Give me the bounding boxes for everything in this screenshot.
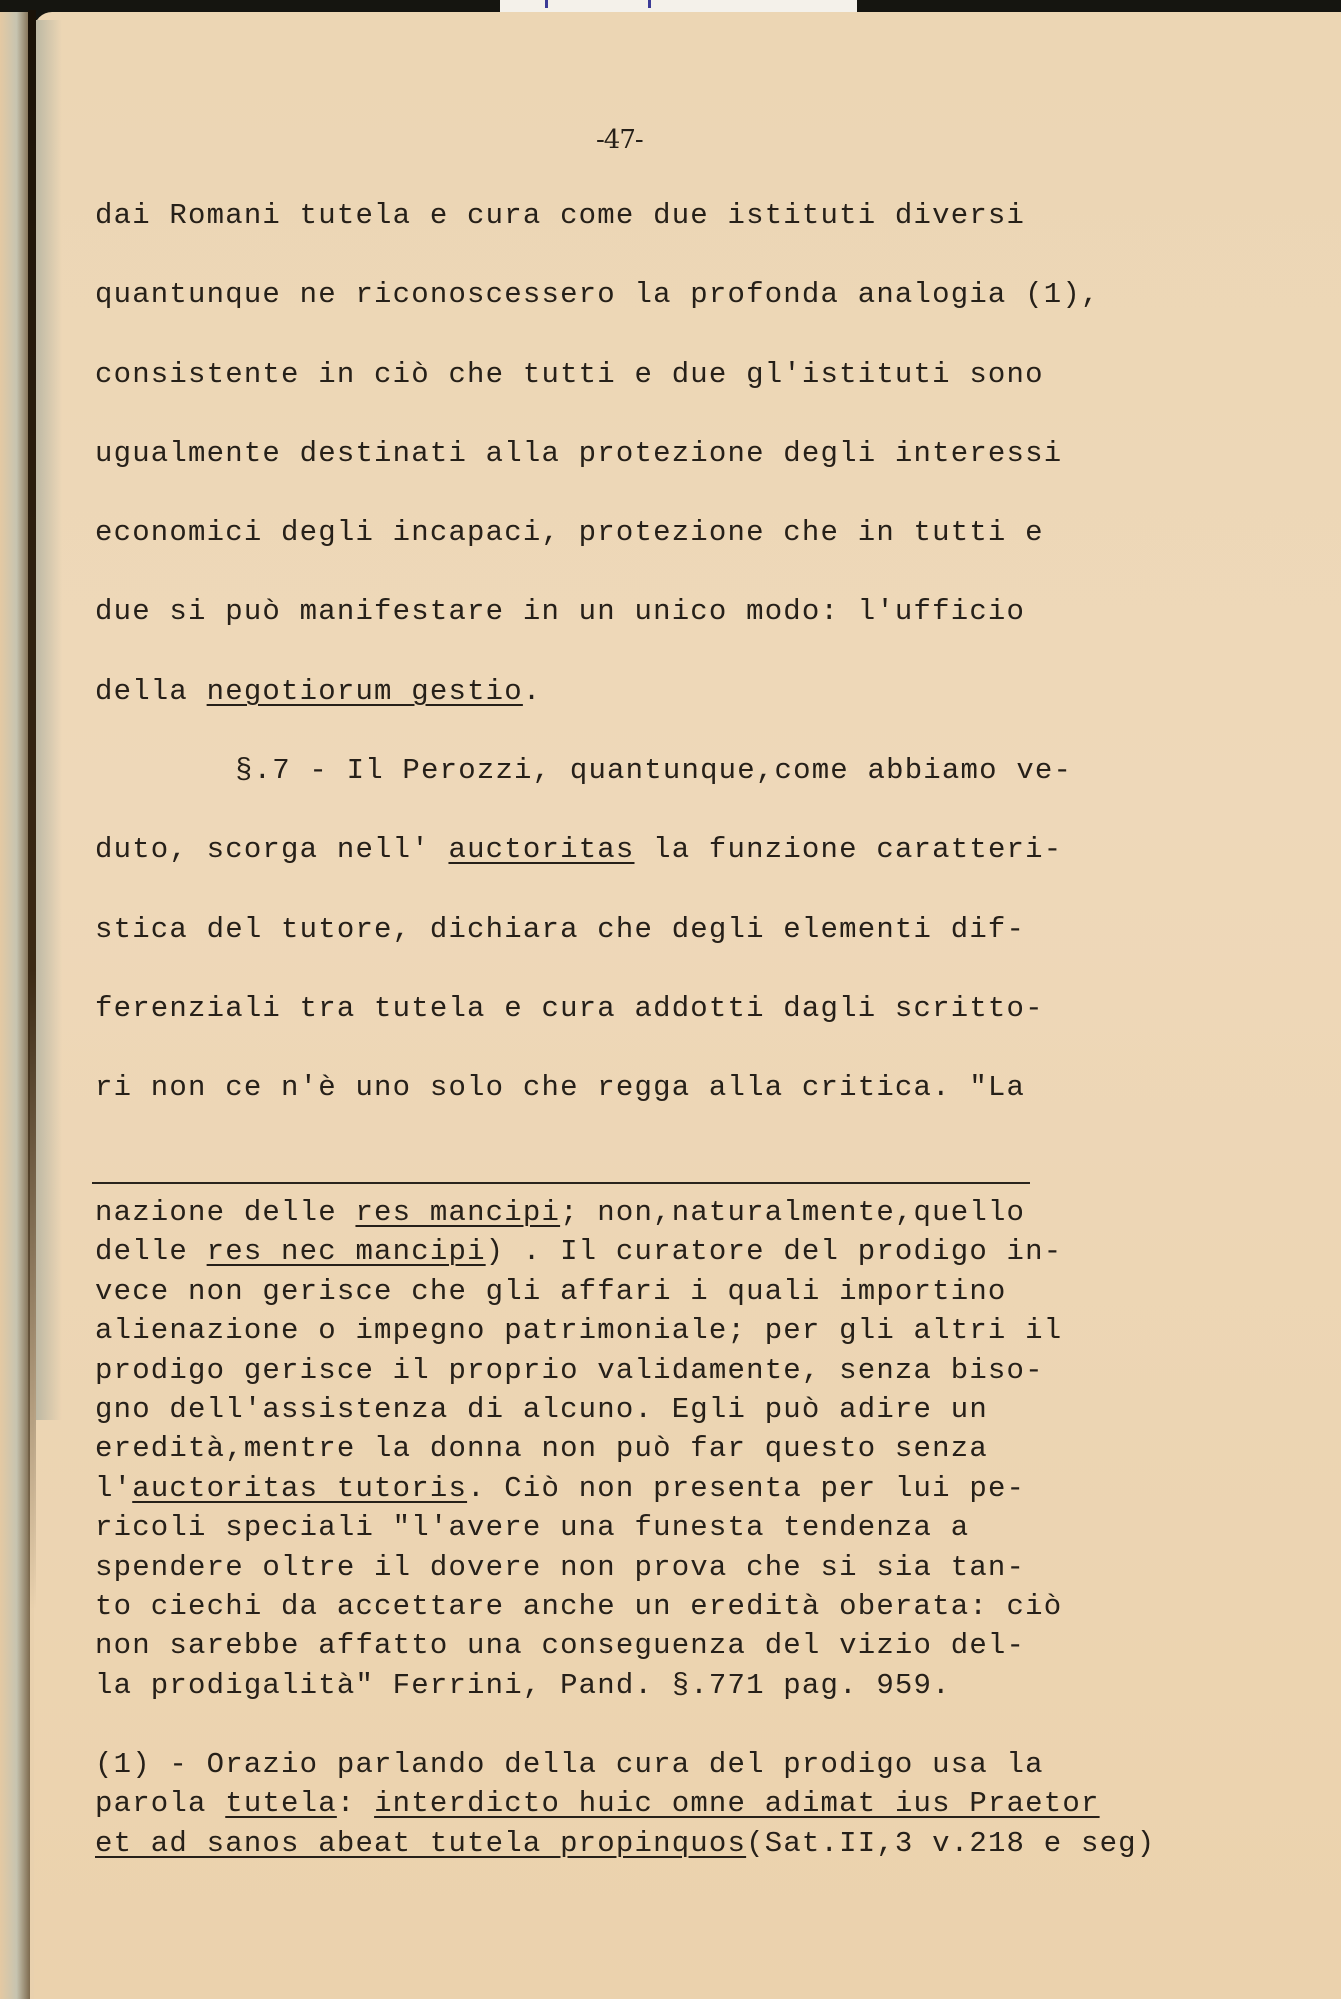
underlined-term: tutela — [225, 1787, 337, 1820]
facing-page-edge — [0, 12, 30, 1999]
text-line: della negotiorum gestio. — [95, 674, 1295, 753]
underlined-term: interdicto huic omne adimat ius Praetor — [374, 1787, 1100, 1820]
text-line: prodigo gerisce il proprio validamente, … — [95, 1351, 1335, 1390]
text-run: parola — [95, 1787, 225, 1820]
text-line: la prodigalità" Ferrini, Pand. §.771 pag… — [95, 1666, 1335, 1705]
text-line: stica del tutore, dichiara che degli ele… — [95, 912, 1295, 991]
text-line: nazione delle res mancipi; non,naturalme… — [95, 1193, 1335, 1232]
text-run: nazione delle — [95, 1196, 355, 1229]
text-line: due si può manifestare in un unico modo:… — [95, 594, 1295, 673]
text-run: della — [95, 675, 207, 708]
text-run: . Ciò non presenta per lui pe- — [467, 1472, 1025, 1505]
text-line: et ad sanos abeat tutela propinquos(Sat.… — [95, 1824, 1335, 1863]
footnote-separator — [92, 1182, 1030, 1184]
text-line: (1) - Orazio parlando della cura del pro… — [95, 1745, 1335, 1784]
text-line: dai Romani tutela e cura come due istitu… — [95, 198, 1295, 277]
text-line: parola tutela: interdicto huic omne adim… — [95, 1784, 1335, 1823]
ink-mark — [545, 0, 548, 8]
text-run: §.7 - Il Perozzi, quantunque,come abbiam… — [235, 754, 1072, 787]
text-run: l' — [95, 1472, 132, 1505]
gutter-shadow — [36, 20, 62, 1420]
text-line: quantunque ne riconoscessero la profonda… — [95, 277, 1295, 356]
text-line: gno dell'assistenza di alcuno. Egli può … — [95, 1390, 1335, 1429]
underlined-term: auctoritas — [448, 833, 634, 866]
underlined-term: et ad sanos abeat tutela propinquos — [95, 1827, 746, 1860]
text-line: ri non ce n'è uno solo che regga alla cr… — [95, 1070, 1295, 1149]
text-line: to ciechi da accettare anche un eredità … — [95, 1587, 1335, 1626]
ink-mark — [648, 0, 651, 8]
text-run: ) . Il curatore del prodigo in- — [486, 1235, 1063, 1268]
underlined-term: auctoritas tutoris — [132, 1472, 467, 1505]
main-text-body: dai Romani tutela e cura come due istitu… — [95, 198, 1295, 1150]
text-line: economici degli incapaci, protezione che… — [95, 515, 1295, 594]
text-line: ferenziali tra tutela e cura addotti dag… — [95, 991, 1295, 1070]
underlined-term: res nec mancipi — [207, 1235, 486, 1268]
text-line: delle res nec mancipi) . Il curatore del… — [95, 1232, 1335, 1271]
text-run: la funzione caratteri- — [635, 833, 1063, 866]
text-run: ; non,naturalmente,quello — [560, 1196, 1025, 1229]
text-run: : — [337, 1787, 374, 1820]
text-line: alienazione o impegno patrimoniale; per … — [95, 1311, 1335, 1350]
text-line: ugualmente destinati alla protezione deg… — [95, 436, 1295, 515]
text-line: spendere oltre il dovere non prova che s… — [95, 1548, 1335, 1587]
text-line: non sarebbe affatto una conseguenza del … — [95, 1626, 1335, 1665]
text-line: consistente in ciò che tutti e due gl'is… — [95, 357, 1295, 436]
text-line: l'auctoritas tutoris. Ciò non presenta p… — [95, 1469, 1335, 1508]
text-line: eredità,mentre la donna non può far ques… — [95, 1429, 1335, 1468]
footnote-continuation: nazione delle res mancipi; non,naturalme… — [95, 1193, 1335, 1705]
book-spine-gutter — [28, 10, 36, 1610]
underlined-term: negotiorum gestio — [207, 675, 523, 708]
text-line: vece non gerisce che gli affari i quali … — [95, 1272, 1335, 1311]
text-run: delle — [95, 1235, 207, 1268]
text-run: duto, scorga nell' — [95, 833, 448, 866]
text-run: (Sat.II,3 v.218 e seg) — [746, 1827, 1155, 1860]
footnote-1: (1) - Orazio parlando della cura del pro… — [95, 1745, 1335, 1863]
page-number: -47- — [596, 125, 643, 155]
text-line: ricoli speciali "l'avere una funesta ten… — [95, 1508, 1335, 1547]
text-run: . — [523, 675, 542, 708]
text-line: §.7 - Il Perozzi, quantunque,come abbiam… — [95, 753, 1295, 832]
text-line: duto, scorga nell' auctoritas la funzion… — [95, 832, 1295, 911]
underlined-term: res mancipi — [355, 1196, 560, 1229]
